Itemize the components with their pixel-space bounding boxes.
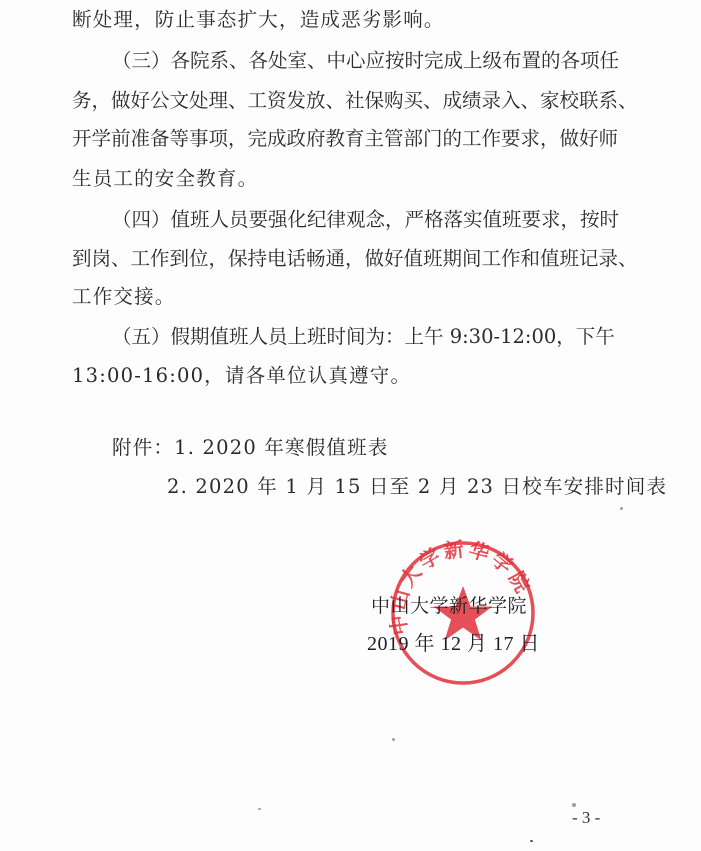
attachments-label: 附件： — [112, 436, 174, 459]
paragraph-3-line-1: （三）各院系、各处室、中心应按时完成上级布置的各项任 — [112, 49, 604, 73]
scan-speck — [258, 808, 261, 810]
scan-speck — [620, 507, 623, 510]
paragraph-5-line-2: 13:00-16:00，请各单位认真遵守。 — [72, 364, 411, 388]
scan-speck — [530, 840, 533, 842]
attachment-item-1: 1. 2020 年寒假值班表 — [174, 436, 388, 459]
paragraph-4-line-3: 工作交接。 — [72, 285, 176, 309]
attachment-item-2: 2. 2020 年 1 月 15 日至 2 月 23 日校车安排时间表 — [167, 475, 667, 499]
paragraph-3-line-2: 务，做好公文处理、工资发放、社保购买、成绩录入、家校联系、 — [72, 89, 604, 113]
scan-speck — [392, 738, 395, 741]
scan-speck — [572, 803, 576, 807]
page-number: - 3 - — [572, 808, 600, 828]
paragraph-5-line-1: （五）假期值班人员上班时间为：上午 9:30-12:00，下午 — [112, 325, 604, 349]
signature-date: 2019 年 12 月 17 日 — [367, 627, 540, 656]
paragraph-continuation-line: 断处理，防止事态扩大，造成恶劣影响。 — [72, 8, 445, 32]
signature-organization: 中山大学新华学院 — [371, 591, 527, 618]
paragraph-4-line-2: 到岗、工作到位，保持电话畅通，做好值班期间工作和值班记录、 — [72, 247, 604, 271]
paragraph-4-line-1: （四）值班人员要强化纪律观念，严格落实值班要求，按时 — [112, 208, 604, 232]
paragraph-3-line-3: 开学前准备等事项，完成政府教育主管部门的工作要求，做好师 — [72, 127, 604, 151]
attachments-row-1: 附件：1. 2020 年寒假值班表 — [112, 436, 389, 460]
paragraph-3-line-4: 生员工的安全教育。 — [72, 167, 258, 191]
